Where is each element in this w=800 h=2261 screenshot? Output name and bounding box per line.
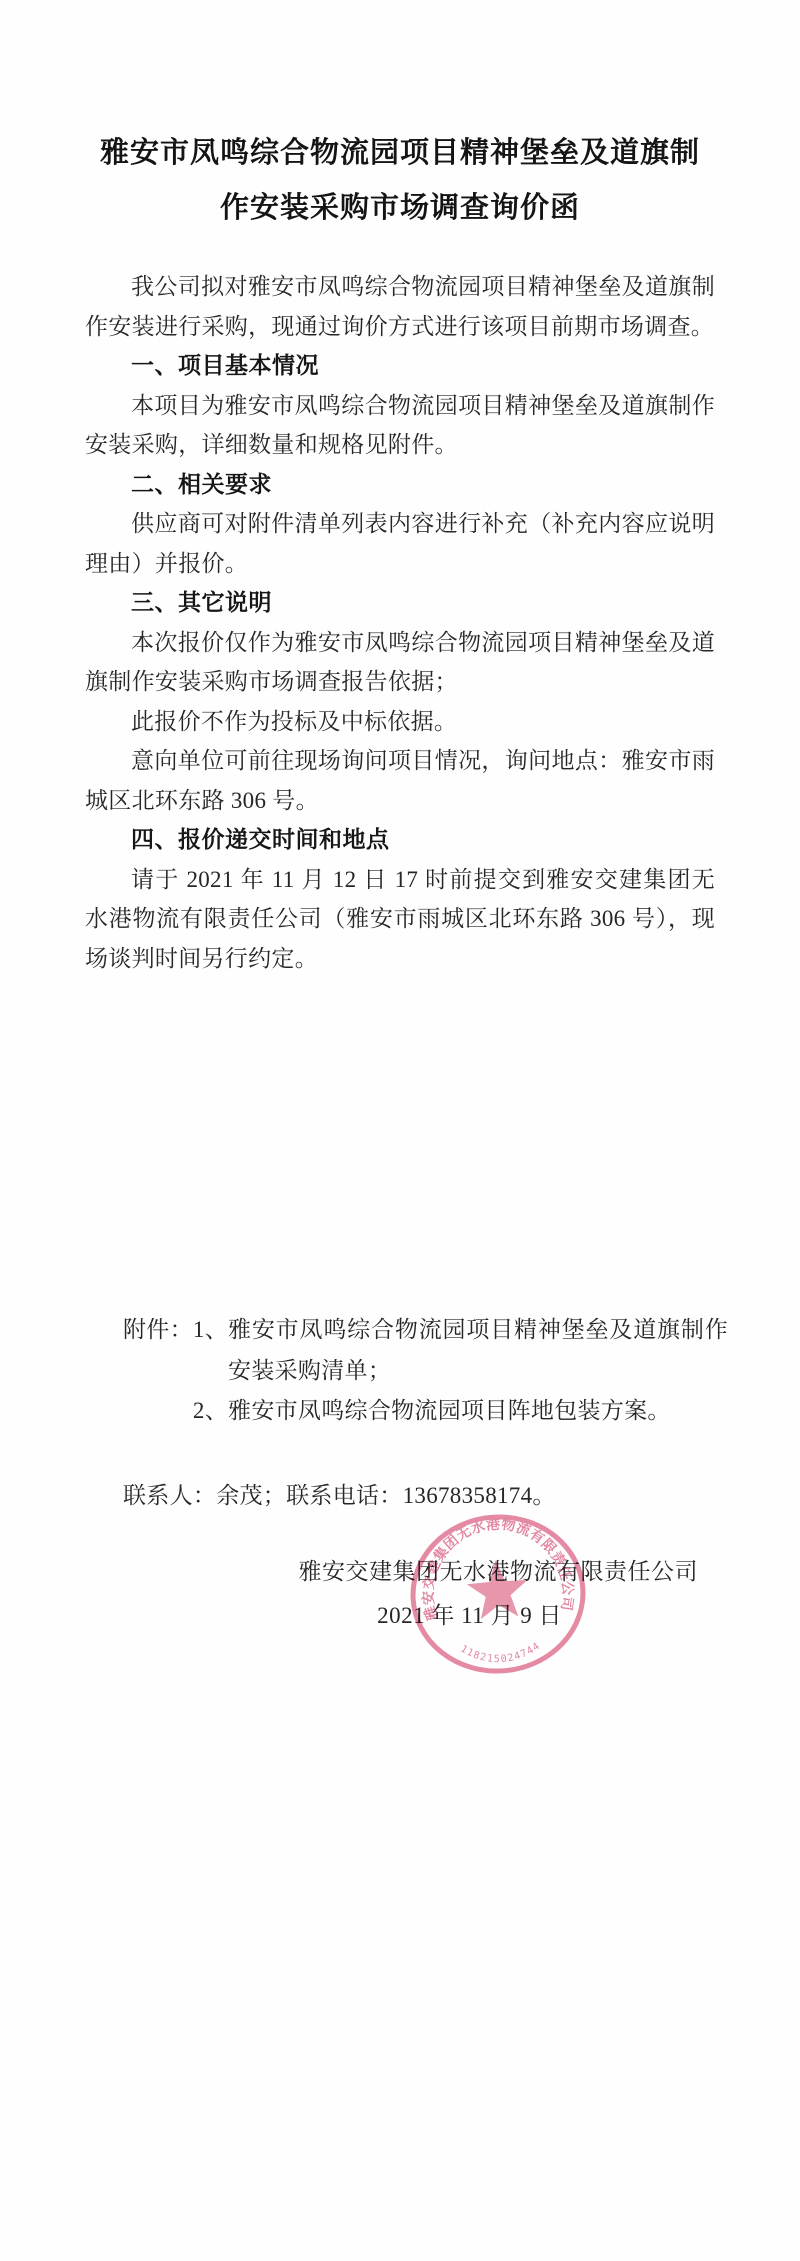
section-heading-3: 三、其它说明 — [85, 583, 715, 623]
document-title: 雅安市凤鸣综合物流园项目精神堡垒及道旗制 作安装采购市场调查询价函 — [0, 126, 800, 236]
section-4-paragraph: 请于 2021 年 11 月 12 日 17 时前提交到雅安交建集团无水港物流有… — [85, 860, 715, 979]
attachment-item-1-text: 雅安市凤鸣综合物流园项目精神堡垒及道旗制作安装采购清单； — [228, 1310, 728, 1391]
attachment-item-1: 1、 雅安市凤鸣综合物流园项目精神堡垒及道旗制作安装采购清单； — [193, 1310, 728, 1391]
section-3-paragraph-2: 此报价不作为投标及中标依据。 — [85, 702, 715, 742]
attachment-item-2: 2、 雅安市凤鸣综合物流园项目阵地包装方案。 — [193, 1391, 728, 1432]
section-heading-4: 四、报价递交时间和地点 — [85, 820, 715, 860]
title-line-1: 雅安市凤鸣综合物流园项目精神堡垒及道旗制 — [0, 126, 800, 181]
section-2-paragraph: 供应商可对附件清单列表内容进行补充（补充内容应说明理由）并报价。 — [85, 504, 715, 583]
attachment-item-2-marker: 2、 — [193, 1391, 228, 1432]
title-line-2: 作安装采购市场调查询价函 — [0, 181, 800, 236]
signature-date: 2021 年 11 月 9 日 — [0, 1596, 800, 1636]
section-heading-2: 二、相关要求 — [85, 465, 715, 505]
company-seal-stamp: 雅安交建集团无水港物流有限责任公司 118215024744 — [402, 1506, 593, 1682]
section-heading-1: 一、项目基本情况 — [85, 346, 715, 386]
attachment-item-1-marker: 1、 — [193, 1310, 228, 1351]
section-3-paragraph-3: 意向单位可前往现场询问项目情况，询问地点：雅安市雨城区北环东路 306 号。 — [85, 741, 715, 820]
attachments-block: 附件： 1、 雅安市凤鸣综合物流园项目精神堡垒及道旗制作安装采购清单； 2、 雅… — [123, 1310, 715, 1432]
intro-paragraph: 我公司拟对雅安市凤鸣综合物流园项目精神堡垒及道旗制作安装进行采购，现通过询价方式… — [85, 267, 715, 346]
document-body: 我公司拟对雅安市凤鸣综合物流园项目精神堡垒及道旗制作安装进行采购，现通过询价方式… — [85, 267, 715, 978]
section-3-paragraph-1: 本次报价仅作为雅安市凤鸣综合物流园项目精神堡垒及道旗制作安装采购市场调查报告依据… — [85, 623, 715, 702]
section-1-paragraph: 本项目为雅安市凤鸣综合物流园项目精神堡垒及道旗制作安装采购，详细数量和规格见附件… — [85, 386, 715, 465]
seal-star-icon — [465, 1558, 530, 1620]
contact-line: 联系人：余茂；联系电话：13678358174。 — [123, 1476, 715, 1516]
signature-block: 雅安交建集团无水港物流有限责任公司 2021 年 11 月 9 日 — [0, 1552, 800, 1636]
attachment-item-2-text: 雅安市凤鸣综合物流园项目阵地包装方案。 — [228, 1391, 671, 1432]
scanned-document-page: 雅安市凤鸣综合物流园项目精神堡垒及道旗制 作安装采购市场调查询价函 我公司拟对雅… — [0, 0, 800, 2261]
attachments-label: 附件： — [123, 1310, 193, 1351]
signature-company: 雅安交建集团无水港物流有限责任公司 — [0, 1552, 800, 1592]
attachments-list: 1、 雅安市凤鸣综合物流园项目精神堡垒及道旗制作安装采购清单； 2、 雅安市凤鸣… — [193, 1310, 728, 1432]
